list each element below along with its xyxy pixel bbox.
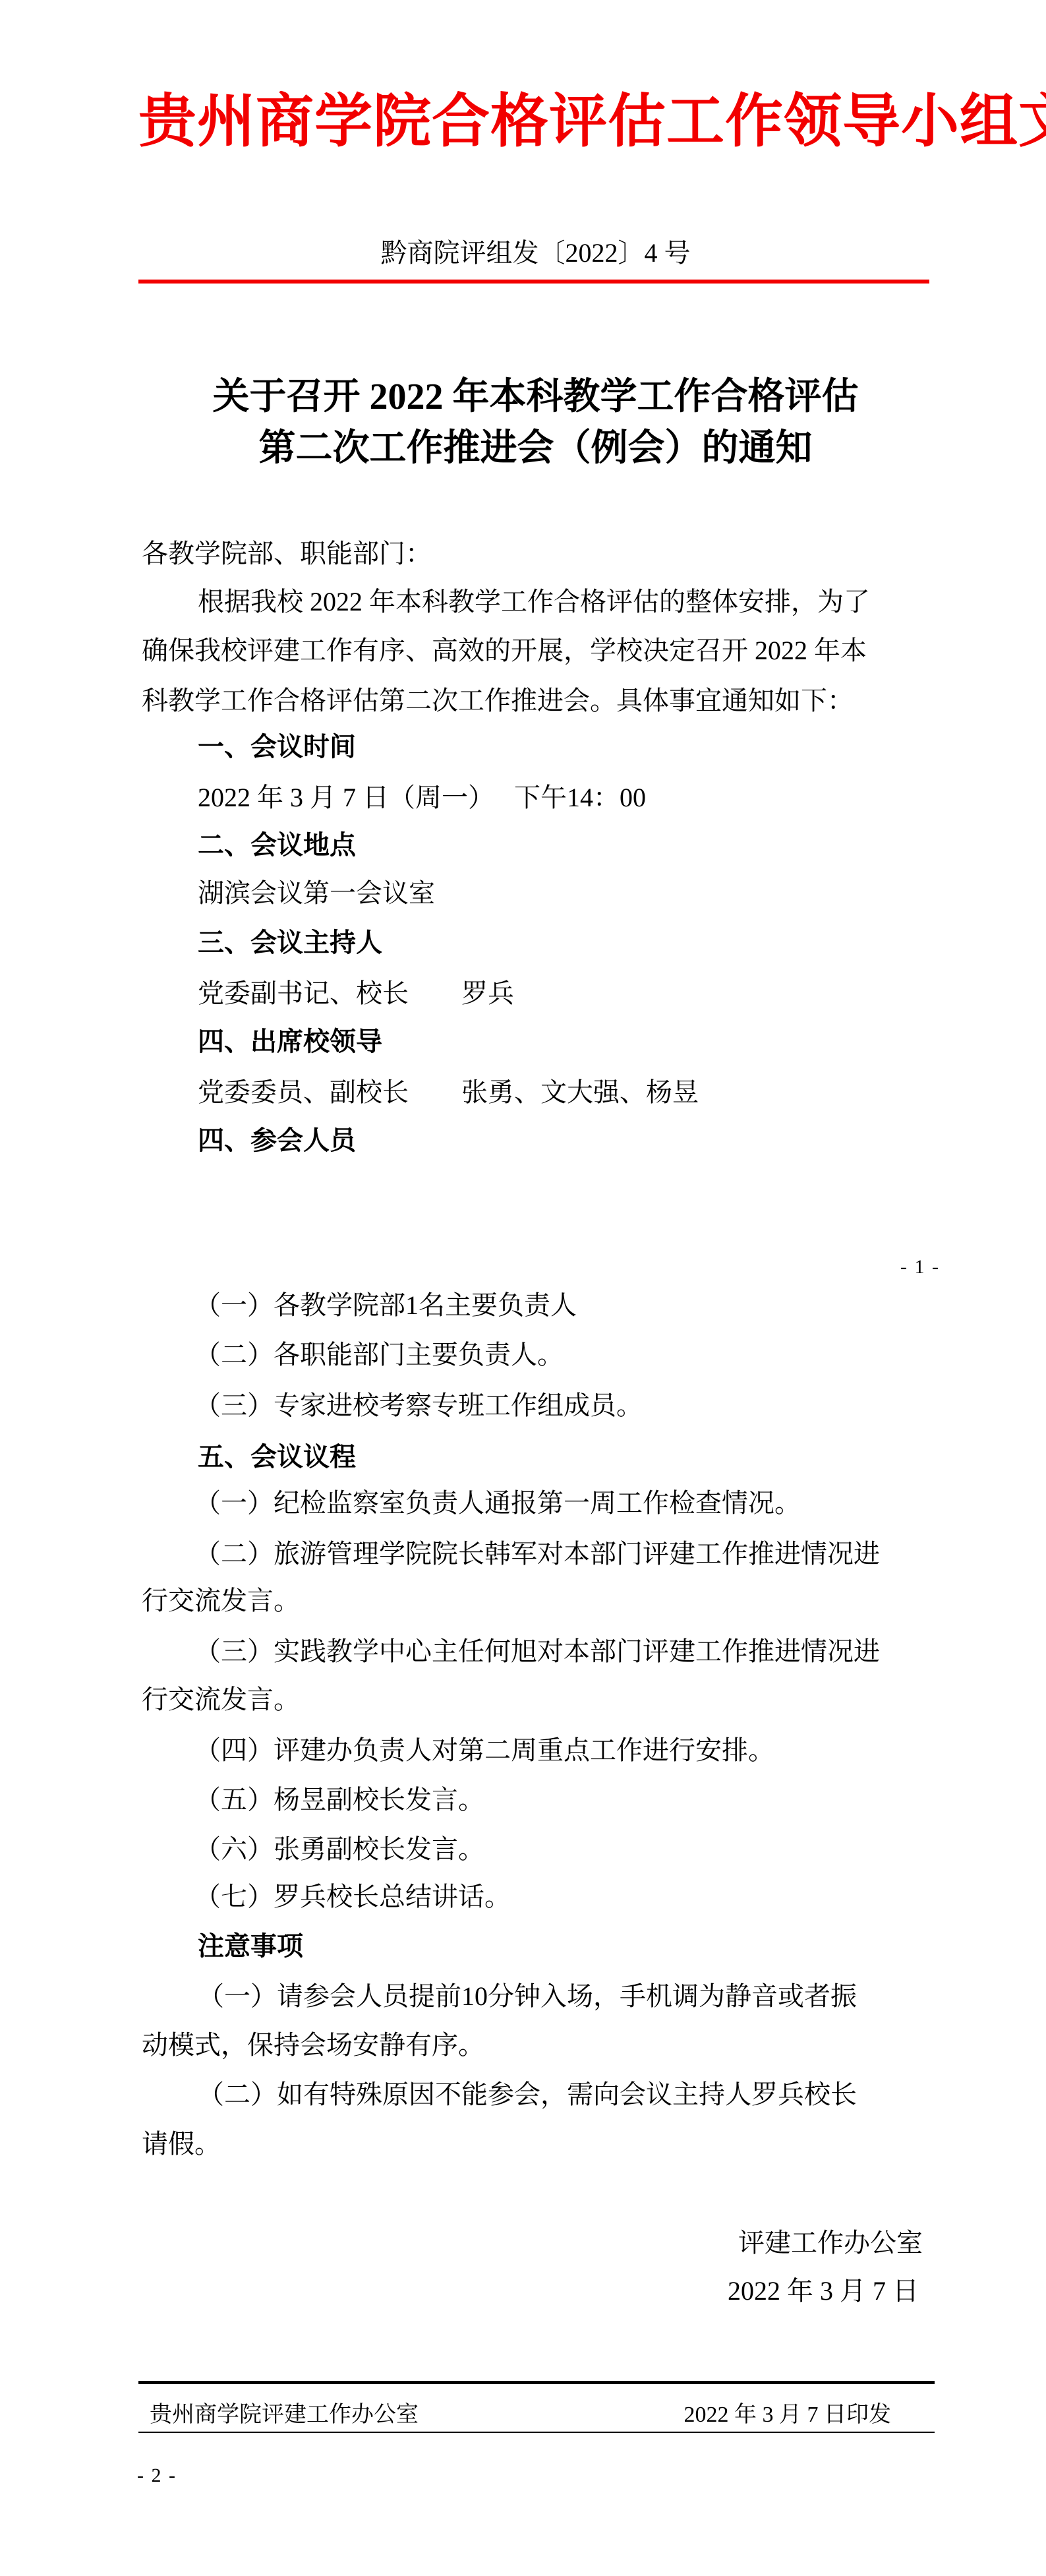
doc-reference-number: 黔商院评组发〔2022〕4 号 (138, 240, 933, 266)
notes-item-continuation: 请假。 (142, 2131, 221, 2157)
section-value-leaders: 党委委员、副校长 张勇、文大强、杨昱 (198, 1079, 699, 1106)
agenda-item-continuation: 行交流发言。 (142, 1588, 300, 1614)
agenda-item: （一）纪检监察室负责人通报第一周工作检查情况。 (194, 1490, 801, 1516)
agenda-item: （四）评建办负责人对第二周重点工作进行安排。 (194, 1737, 774, 1764)
section-value-place: 湖滨会议第一会议室 (198, 880, 435, 907)
masthead-org-title: 贵州商学院合格评估工作领导小组文件 (138, 92, 933, 150)
footer-print-date: 2022 年 3 月 7 日印发 (684, 2404, 892, 2426)
notes-item: （一）请参会人员提前10分钟入场，手机调为静音或者振 (198, 1983, 857, 2010)
notes-item-continuation: 动模式，保持会场安静有序。 (142, 2032, 484, 2058)
footer-rule-bottom (138, 2432, 935, 2433)
agenda-item: （七）罗兵校长总结讲话。 (194, 1884, 511, 1910)
document-page: 贵州商学院合格评估工作领导小组文件 黔商院评组发〔2022〕4 号 关于召开 2… (0, 0, 1046, 2576)
signature-office: 评建工作办公室 (738, 2230, 923, 2256)
section-heading-agenda: 五、会议议程 (198, 1444, 356, 1470)
agenda-item: （二）旅游管理学院院长韩军对本部门评建工作推进情况进 (194, 1541, 880, 1567)
section-heading-leaders: 四、出席校领导 (198, 1029, 382, 1055)
footer-rule-top (138, 2381, 935, 2384)
masthead-red-rule (138, 280, 929, 284)
section-heading-attendees: 四、参会人员 (198, 1127, 356, 1154)
section-heading-place: 二、会议地点 (198, 832, 356, 858)
signature-date: 2022 年 3 月 7 日 (728, 2278, 919, 2304)
agenda-item: （三）实践教学中心主任何旭对本部门评建工作推进情况进 (194, 1638, 880, 1665)
section-heading-host: 三、会议主持人 (198, 930, 382, 956)
agenda-item: （六）张勇副校长发言。 (194, 1836, 484, 1863)
print-footer: 贵州商学院评建工作办公室 2022 年 3 月 7 日印发 (138, 2404, 935, 2426)
doc-title-line2: 第二次工作推进会（例会）的通知 (138, 430, 933, 467)
page-marker-2: - 2 - (137, 2466, 177, 2486)
intro-line: 科教学工作合格评估第二次工作推进会。具体事宜通知如下： (142, 688, 854, 714)
notes-item: （二）如有特殊原因不能参会，需向会议主持人罗兵校长 (198, 2082, 857, 2108)
salutation: 各教学院部、职能部门： (142, 541, 432, 567)
section-value-host: 党委副书记、校长 罗兵 (198, 980, 514, 1007)
intro-line: 根据我校 2022 年本科教学工作合格评估的整体安排，为了 (198, 589, 870, 615)
agenda-item-continuation: 行交流发言。 (142, 1687, 300, 1713)
agenda-item: （五）杨昱副校长发言。 (194, 1787, 484, 1813)
section-heading-time: 一、会议时间 (198, 734, 356, 760)
attendees-item: （二）各职能部门主要负责人。 (194, 1342, 564, 1368)
section-heading-notes: 注意事项 (198, 1933, 303, 1960)
section-value-time: 2022 年 3 月 7 日（周一） 下午14：00 (198, 785, 646, 811)
footer-issuing-office: 贵州商学院评建工作办公室 (150, 2404, 419, 2426)
attendees-item: （一）各教学院部1名主要负责人 (194, 1292, 577, 1319)
page-marker-1: - 1 - (900, 1257, 940, 1277)
intro-line: 确保我校评建工作有序、高效的开展，学校决定召开 2022 年本 (142, 638, 867, 664)
doc-title-line1: 关于召开 2022 年本科教学工作合格评估 (138, 378, 933, 415)
attendees-item: （三）专家进校考察专班工作组成员。 (194, 1393, 643, 1419)
